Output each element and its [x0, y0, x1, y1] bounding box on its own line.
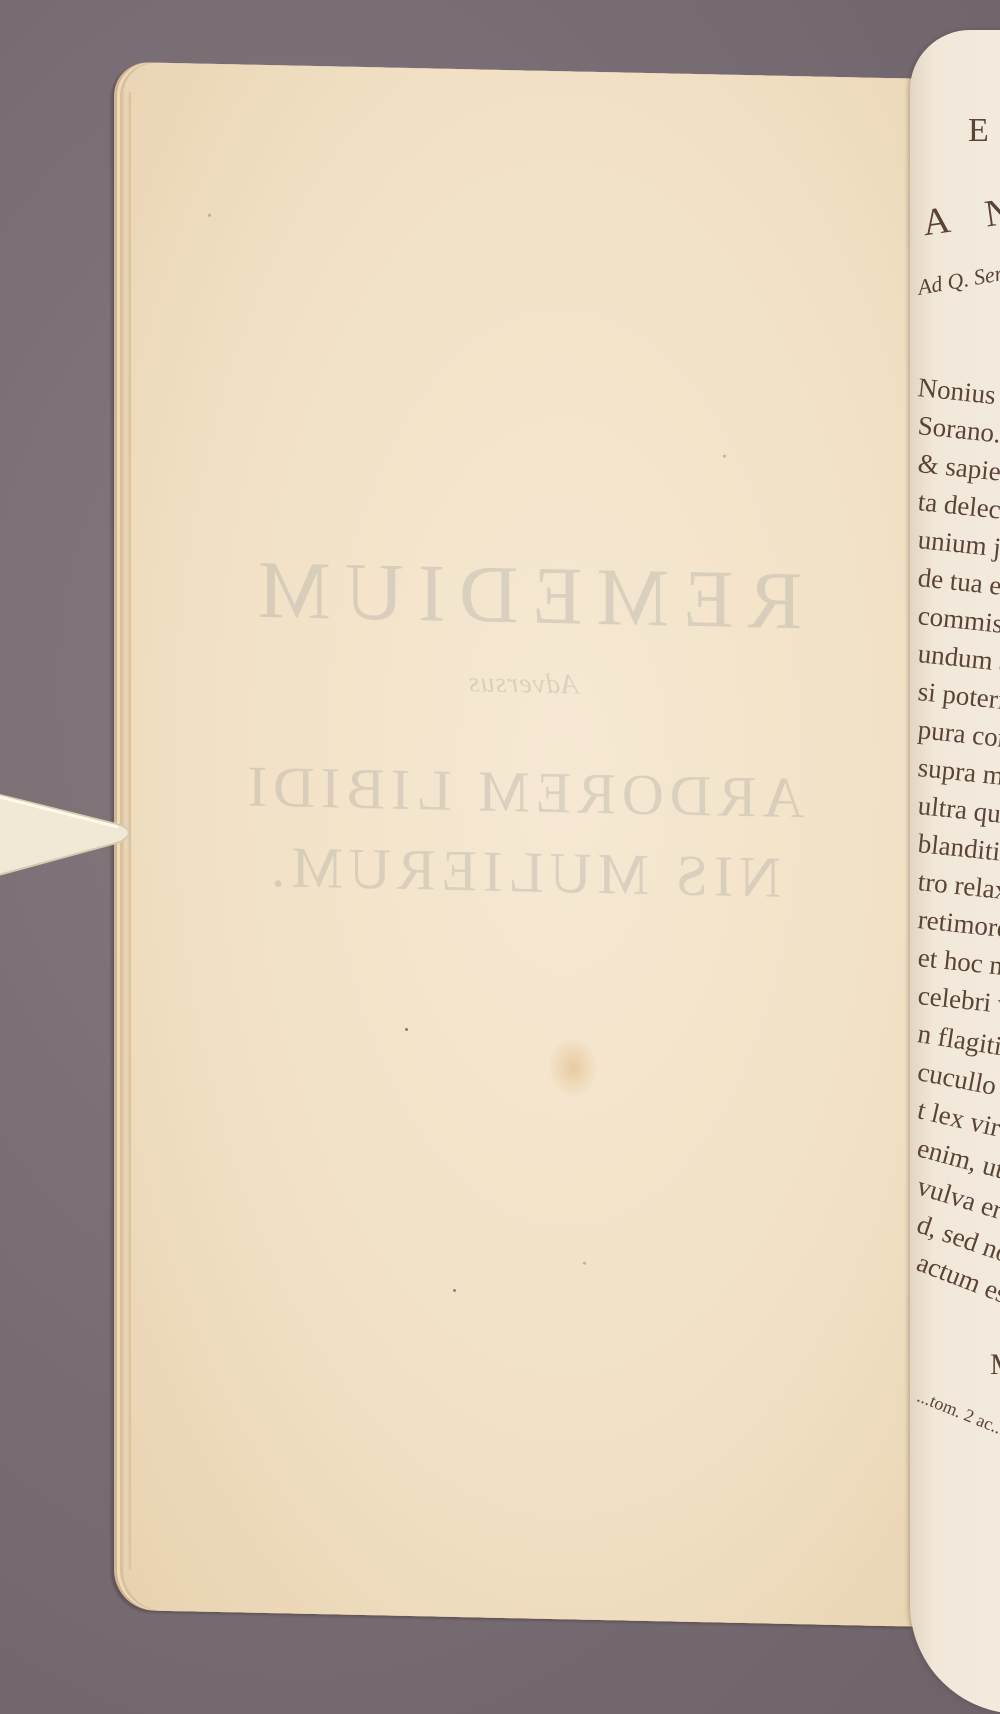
paper-speck — [723, 455, 726, 458]
facing-catchword: M — [990, 1348, 1000, 1382]
show-through-line-4: NIS MULIERUM. — [123, 830, 923, 914]
facing-text-line: pura comp — [916, 714, 1000, 757]
facing-text-line: si poteris, — [916, 676, 1000, 718]
blank-verso-page: REMEDIUM Adversus ARDOREM LIBIDI NIS MUL… — [123, 62, 923, 1627]
facing-text-line: commissum — [916, 600, 1000, 644]
facing-text-line: & sapientia — [916, 448, 1000, 492]
paper-speck — [583, 1262, 586, 1265]
facing-header-2: A N T — [920, 179, 1000, 245]
paper-speck — [405, 1028, 408, 1031]
show-through-title: REMEDIUM — [123, 540, 923, 651]
paper-speck — [208, 214, 211, 217]
facing-header-1: E — [968, 112, 1000, 150]
facing-text-line: unium jam — [916, 524, 1000, 567]
facing-recto-page: E A N T Ad Q. Seran... dinis C... Nonius… — [910, 30, 1000, 1714]
show-through-subtitle: Adversus — [123, 660, 923, 709]
facing-text-line: undum adj — [916, 638, 1000, 681]
paper-speck — [453, 1289, 456, 1292]
show-through-line-3: ARDOREM LIBIDI — [123, 750, 923, 834]
foxing-stain — [548, 1036, 598, 1099]
facing-address: Ad Q. Seran... dinis C... — [916, 239, 1000, 301]
facing-text-line: tro relaxavi, — [916, 866, 1000, 910]
facing-text-line: de tua egre — [916, 562, 1000, 605]
bookmark-pointer-icon — [0, 770, 155, 890]
facing-text-line: retimore, ad — [916, 904, 1000, 948]
facing-text-line: Sorano. Ve — [916, 410, 1000, 453]
facing-footnote: ...tom. 2 ac... — [914, 1386, 1000, 1440]
facing-text-line: Nonius ter — [916, 372, 1000, 415]
